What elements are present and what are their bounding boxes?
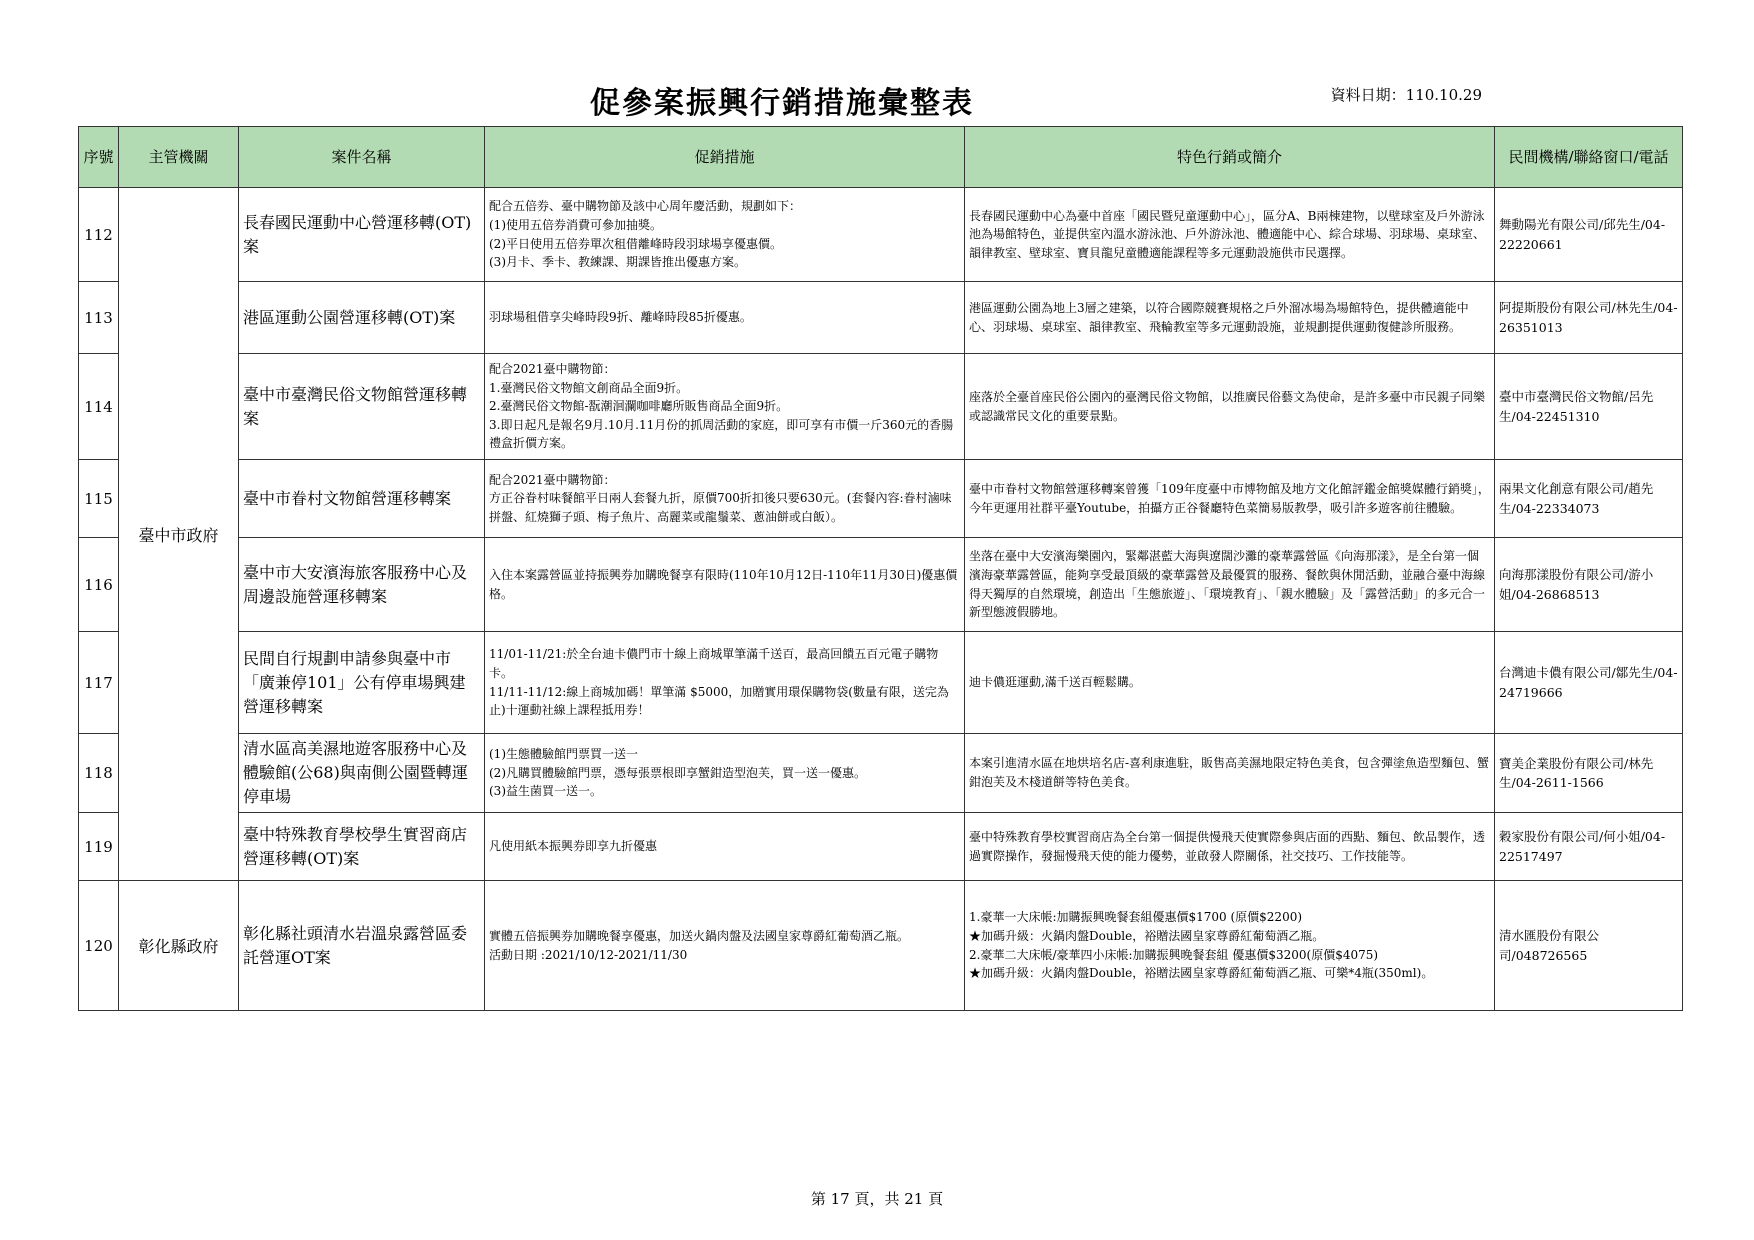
feature-line: 2.豪華二大床帳/豪華四小床帳:加購振興晚餐套組 優惠價$3200(原價$407… xyxy=(969,946,1490,965)
table-row: 117民間自行規劃申請參與臺中市「廣兼停101」公有停車場興建營運移轉案11/0… xyxy=(79,632,1683,734)
header-agency: 主管機關 xyxy=(119,127,239,188)
promotion-line: (3)益生菌買一送一。 xyxy=(489,782,960,801)
row-case-name: 臺中市大安濱海旅客服務中心及周邊設施營運移轉案 xyxy=(239,538,485,632)
row-case-name: 彰化縣社頭清水岩溫泉露營區委託營運OT案 xyxy=(239,881,485,1011)
row-contact: 台灣迪卡儂有限公司/鄒先生/04-24719666 xyxy=(1495,632,1683,734)
table-row: 116臺中市大安濱海旅客服務中心及周邊設施營運移轉案入住本案露營區並持振興券加購… xyxy=(79,538,1683,632)
feature-line: 臺中市眷村文物館營運移轉案曾獲「109年度臺中市博物館及地方文化館評鑑金館獎媒體… xyxy=(969,480,1490,517)
feature-line: 臺中特殊教育學校實習商店為全台第一個提供慢飛天使實際參與店面的西點、麵包、飲品製… xyxy=(969,828,1490,865)
header-case-name: 案件名稱 xyxy=(239,127,485,188)
row-contact: 阿提斯股份有限公司/林先生/04-26351013 xyxy=(1495,282,1683,354)
promotion-line: 羽球場租借享尖峰時段9折、離峰時段85折優惠。 xyxy=(489,308,960,327)
promotion-line: 配合2021臺中購物節： xyxy=(489,471,960,490)
row-feature: 座落於全臺首座民俗公園內的臺灣民俗文物館，以推廣民俗藝文為使命，是許多臺中市民親… xyxy=(965,354,1495,460)
row-seq: 113 xyxy=(79,282,119,354)
row-case-name: 臺中市臺灣民俗文物館營運移轉案 xyxy=(239,354,485,460)
feature-line: 港區運動公園為地上3層之建築，以符合國際競賽規格之戶外溜冰場為場館特色，提供體適… xyxy=(969,299,1490,336)
row-case-name: 臺中特殊教育學校學生實習商店營運移轉(OT)案 xyxy=(239,813,485,881)
promotion-line: (1)生態體驗館門票買一送一 xyxy=(489,745,960,764)
row-seq: 114 xyxy=(79,354,119,460)
row-promotion: (1)生態體驗館門票買一送一(2)凡購買體驗館門票，憑每張票根即享蟹鉗造型泡芙，… xyxy=(485,734,965,813)
row-seq: 117 xyxy=(79,632,119,734)
row-seq: 118 xyxy=(79,734,119,813)
row-feature: 臺中市眷村文物館營運移轉案曾獲「109年度臺中市博物館及地方文化館評鑑金館獎媒體… xyxy=(965,460,1495,538)
promotion-line: 實體五倍振興券加購晚餐享優惠，加送火鍋肉盤及法國皇家尊爵紅葡萄酒乙瓶。 xyxy=(489,927,960,946)
row-promotion: 凡使用紙本振興券即享九折優惠 xyxy=(485,813,965,881)
row-seq: 119 xyxy=(79,813,119,881)
row-feature: 臺中特殊教育學校實習商店為全台第一個提供慢飛天使實際參與店面的西點、麵包、飲品製… xyxy=(965,813,1495,881)
row-promotion: 11/01-11/21:於全台迪卡儂門市十線上商城單筆滿千送百，最高回饋五百元電… xyxy=(485,632,965,734)
feature-line: 迪卡儂逛運動,滿千送百輕鬆購。 xyxy=(969,673,1490,692)
feature-line: 座落於全臺首座民俗公園內的臺灣民俗文物館，以推廣民俗藝文為使命，是許多臺中市民親… xyxy=(969,388,1490,425)
row-agency: 臺中市政府 xyxy=(119,188,239,881)
document-title: 促參案振興行銷措施彙整表 xyxy=(0,78,1754,122)
row-case-name: 港區運動公園營運移轉(OT)案 xyxy=(239,282,485,354)
promotion-line: 配合2021臺中購物節： xyxy=(489,360,960,379)
row-contact: 臺中市臺灣民俗文物館/呂先生/04-22451310 xyxy=(1495,354,1683,460)
row-seq: 116 xyxy=(79,538,119,632)
promotion-line: 方正谷眷村味餐館平日兩人套餐九折，原價700折扣後只要630元。(套餐內容:眷村… xyxy=(489,489,960,526)
row-promotion: 配合五倍券、臺中購物節及該中心周年慶活動，規劃如下：(1)使用五倍券消費可參加抽… xyxy=(485,188,965,282)
row-contact: 向海那漾股份有限公司/游小姐/04-26868513 xyxy=(1495,538,1683,632)
promotion-line: (2)凡購買體驗館門票，憑每張票根即享蟹鉗造型泡芙，買一送一優惠。 xyxy=(489,764,960,783)
row-seq: 115 xyxy=(79,460,119,538)
header-contact: 民間機構/聯絡窗口/電話 xyxy=(1495,127,1683,188)
promotion-line: 入住本案露營區並持振興券加購晚餐享有限時(110年10月12日-110年11月3… xyxy=(489,566,960,603)
title-text: 促參案振興行銷措施彙整表 xyxy=(590,86,974,121)
table-row: 120彰化縣政府彰化縣社頭清水岩溫泉露營區委託營運OT案實體五倍振興券加購晚餐享… xyxy=(79,881,1683,1011)
row-promotion: 入住本案露營區並持振興券加購晚餐享有限時(110年10月12日-110年11月3… xyxy=(485,538,965,632)
row-feature: 坐落在臺中大安濱海樂園內，緊鄰湛藍大海與遼闊沙灘的豪華露營區《向海那漾》，是全台… xyxy=(965,538,1495,632)
row-contact: 舞動陽光有限公司/邱先生/04-22220661 xyxy=(1495,188,1683,282)
feature-line: 本案引進清水區在地烘培名店-喜利康進駐，販售高美濕地限定特色美食，包含彈塗魚造型… xyxy=(969,754,1490,791)
promotion-line: 活動日期 :2021/10/12-2021/11/30 xyxy=(489,946,960,965)
row-promotion: 配合2021臺中購物節：1.臺灣民俗文物館文創商品全面9折。2.臺灣民俗文物館-… xyxy=(485,354,965,460)
row-feature: 1.豪華一大床帳:加購振興晚餐套組優惠價$1700 (原價$2200)★加碼升級… xyxy=(965,881,1495,1011)
data-date: 資料日期：110.10.29 xyxy=(1331,84,1482,105)
row-promotion: 實體五倍振興券加購晚餐享優惠，加送火鍋肉盤及法國皇家尊爵紅葡萄酒乙瓶。活動日期 … xyxy=(485,881,965,1011)
promotion-line: (1)使用五倍券消費可參加抽獎。 xyxy=(489,216,960,235)
promotion-table: 序號 主管機關 案件名稱 促銷措施 特色行銷或簡介 民間機構/聯絡窗口/電話 1… xyxy=(78,126,1683,1011)
row-case-name: 臺中市眷村文物館營運移轉案 xyxy=(239,460,485,538)
table-row: 113港區運動公園營運移轉(OT)案羽球場租借享尖峰時段9折、離峰時段85折優惠… xyxy=(79,282,1683,354)
header-seq: 序號 xyxy=(79,127,119,188)
row-seq: 112 xyxy=(79,188,119,282)
row-feature: 港區運動公園為地上3層之建築，以符合國際競賽規格之戶外溜冰場為場館特色，提供體適… xyxy=(965,282,1495,354)
promotion-line: 配合五倍券、臺中購物節及該中心周年慶活動，規劃如下： xyxy=(489,197,960,216)
table-row: 114臺中市臺灣民俗文物館營運移轉案配合2021臺中購物節：1.臺灣民俗文物館文… xyxy=(79,354,1683,460)
row-agency: 彰化縣政府 xyxy=(119,881,239,1011)
feature-line: 坐落在臺中大安濱海樂園內，緊鄰湛藍大海與遼闊沙灘的豪華露營區《向海那漾》，是全台… xyxy=(969,547,1490,621)
feature-line: ★加碼升級：火鍋肉盤Double，裕贈法國皇家尊爵紅葡萄酒乙瓶、可樂*4瓶(35… xyxy=(969,964,1490,983)
table-row: 115臺中市眷村文物館營運移轉案配合2021臺中購物節：方正谷眷村味餐館平日兩人… xyxy=(79,460,1683,538)
promotion-line: 2.臺灣民俗文物館-翫潮洄瀾咖啡廳所販售商品全面9折。 xyxy=(489,397,960,416)
promotion-line: 11/11-11/12:線上商城加碼！單筆滿 $5000，加贈實用環保購物袋(數… xyxy=(489,683,960,720)
table-header-row: 序號 主管機關 案件名稱 促銷措施 特色行銷或簡介 民間機構/聯絡窗口/電話 xyxy=(79,127,1683,188)
feature-line: 長春國民運動中心為臺中首座「國民暨兒童運動中心」，區分A、B兩棟建物，以壁球室及… xyxy=(969,207,1490,263)
row-contact: 兩果文化創意有限公司/趙先生/04-22334073 xyxy=(1495,460,1683,538)
header-feature: 特色行銷或簡介 xyxy=(965,127,1495,188)
table-row: 112臺中市政府長春國民運動中心營運移轉(OT)案配合五倍券、臺中購物節及該中心… xyxy=(79,188,1683,282)
page-footer: 第 17 頁，共 21 頁 xyxy=(0,1188,1754,1209)
table-row: 119臺中特殊教育學校學生實習商店營運移轉(OT)案凡使用紙本振興券即享九折優惠… xyxy=(79,813,1683,881)
row-contact: 寶美企業股份有限公司/林先生/04-2611-1566 xyxy=(1495,734,1683,813)
promotion-line: 11/01-11/21:於全台迪卡儂門市十線上商城單筆滿千送百，最高回饋五百元電… xyxy=(489,645,960,682)
header-promotion: 促銷措施 xyxy=(485,127,965,188)
row-case-name: 民間自行規劃申請參與臺中市「廣兼停101」公有停車場興建營運移轉案 xyxy=(239,632,485,734)
feature-line: ★加碼升級：火鍋肉盤Double，裕贈法國皇家尊爵紅葡萄酒乙瓶。 xyxy=(969,927,1490,946)
row-feature: 長春國民運動中心為臺中首座「國民暨兒童運動中心」，區分A、B兩棟建物，以壁球室及… xyxy=(965,188,1495,282)
row-contact: 清水匯股份有限公司/048726565 xyxy=(1495,881,1683,1011)
row-contact: 穀家股份有限公司/何小姐/04-22517497 xyxy=(1495,813,1683,881)
row-case-name: 長春國民運動中心營運移轉(OT)案 xyxy=(239,188,485,282)
row-feature: 迪卡儂逛運動,滿千送百輕鬆購。 xyxy=(965,632,1495,734)
row-feature: 本案引進清水區在地烘培名店-喜利康進駐，販售高美濕地限定特色美食，包含彈塗魚造型… xyxy=(965,734,1495,813)
row-seq: 120 xyxy=(79,881,119,1011)
promotion-line: 凡使用紙本振興券即享九折優惠 xyxy=(489,837,960,856)
feature-line: 1.豪華一大床帳:加購振興晚餐套組優惠價$1700 (原價$2200) xyxy=(969,908,1490,927)
row-promotion: 羽球場租借享尖峰時段9折、離峰時段85折優惠。 xyxy=(485,282,965,354)
promotion-line: (2)平日使用五倍券單次租借離峰時段羽球場享優惠價。 xyxy=(489,235,960,254)
row-promotion: 配合2021臺中購物節：方正谷眷村味餐館平日兩人套餐九折，原價700折扣後只要6… xyxy=(485,460,965,538)
promotion-line: 1.臺灣民俗文物館文創商品全面9折。 xyxy=(489,379,960,398)
row-case-name: 清水區高美濕地遊客服務中心及體驗館(公68)與南側公園暨轉運停車場 xyxy=(239,734,485,813)
promotion-line: 3.即日起凡是報名9月.10月.11月份的抓周活動的家庭，即可享有市價一斤360… xyxy=(489,416,960,453)
table-row: 118清水區高美濕地遊客服務中心及體驗館(公68)與南側公園暨轉運停車場(1)生… xyxy=(79,734,1683,813)
promotion-line: (3)月卡、季卡、教練課、期課皆推出優惠方案。 xyxy=(489,253,960,272)
